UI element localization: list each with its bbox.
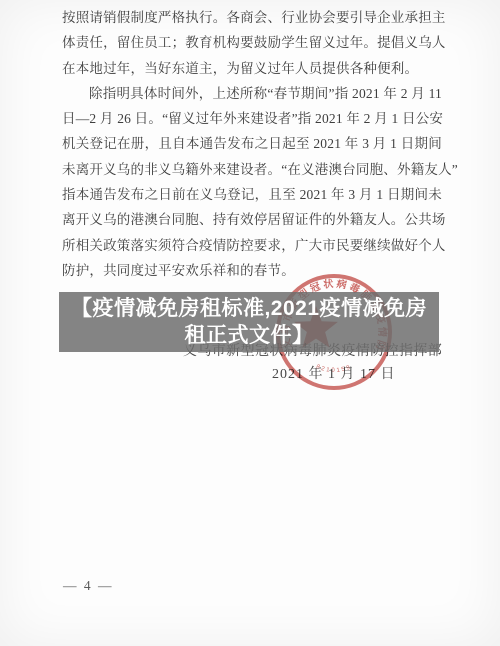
body-line: 按照请销假制度严格执行。各商会、行业协会要引导企业承担主: [62, 5, 442, 30]
page-number: — 4 —: [63, 578, 114, 594]
body-line: 除指明具体时间外，上述所称“春节期间”指 2021 年 2 月 11: [62, 81, 442, 106]
body-line: 在本地过年，当好东道主，为留义过年人员提供各种便利。: [62, 56, 442, 81]
body-line: 离开义乌的港澳台同胞、持有效停居留证件的外籍友人。公共场: [62, 207, 442, 232]
document-body: 按照请销假制度严格执行。各商会、行业协会要引导企业承担主 体责任，留住员工；教育…: [62, 5, 442, 283]
body-line: 指本通告发布之日前在义乌登记，且至 2021 年 3 月 1 日期间未: [62, 182, 442, 207]
body-line: 所相关政策落实须符合疫情防控要求，广大市民要继续做好个人: [62, 233, 442, 258]
caption-overlay: 【疫情减免房租标准,2021疫情减免房 租正式文件】: [59, 292, 439, 352]
caption-title-line1: 【疫情减免房租标准,2021疫情减免房: [71, 295, 427, 322]
body-line: 机关登记在册，且自本通告发布之日起至 2021 年 3 月 1 日期间: [62, 131, 442, 156]
scanned-document-page: 按照请销假制度严格执行。各商会、行业协会要引导企业承担主 体责任，留住员工；教育…: [0, 0, 500, 646]
caption-title-line2: 租正式文件】: [185, 322, 314, 349]
seal-code: 8210159: [315, 364, 353, 374]
body-line: 日—2 月 26 日。“留义过年外来建设者”指 2021 年 2 月 1 日公安: [62, 106, 442, 131]
body-line: 体责任，留住员工；教育机构要鼓励学生留义过年。提倡义乌人: [62, 30, 442, 55]
body-line: 未离开义乌的非义乌籍外来建设者。“在义港澳台同胞、外籍友人”: [62, 157, 442, 182]
